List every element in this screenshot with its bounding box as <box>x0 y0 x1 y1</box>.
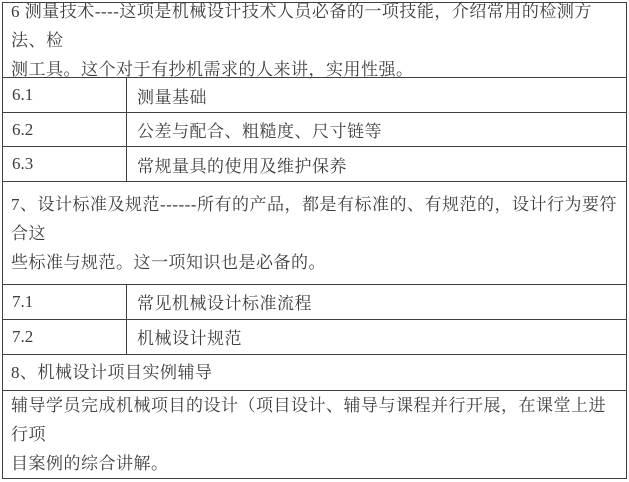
item-7-1-title-cell: 常见机械设计标准流程 <box>127 285 626 319</box>
section8-title-text: 8、机械设计项目实例辅导 <box>11 358 213 387</box>
section6-intro-line1: 6 测量技术----这项是机械设计技术人员必备的一项技能，介绍常用的检测方法、检 <box>11 2 592 50</box>
item-7-2-title-cell: 机械设计规范 <box>127 320 626 353</box>
course-outline-table: 6 测量技术----这项是机械设计技术人员必备的一项技能，介绍常用的检测方法、检… <box>2 2 627 479</box>
row-item-6-2: 6.2 公差与配合、粗糙度、尺寸链等 <box>3 112 626 145</box>
item-7-2-number-cell: 7.2 <box>3 320 127 353</box>
row-section8-description: 辅导学员完成机械项目的设计（项目设计、辅导与课程并行开展，在课堂上进行项 目案例… <box>3 390 626 478</box>
section8-title: 8、机械设计项目实例辅导 <box>11 363 213 382</box>
item-6-1-number-cell: 6.1 <box>3 78 127 112</box>
section8-description-line2: 目案例的综合讲解。 <box>11 454 169 473</box>
row-item-7-1: 7.1 常见机械设计标准流程 <box>3 284 626 319</box>
item-7-1-number-cell: 7.1 <box>3 285 127 319</box>
item-6-3-number: 6.3 <box>12 154 33 174</box>
item-7-1-title: 常见机械设计标准流程 <box>137 289 312 314</box>
section7-intro-text: 7、设计标准及规范------所有的产品，都是有标准的、有规范的，设计行为要符合… <box>11 190 619 277</box>
section7-intro-line1: 7、设计标准及规范------所有的产品，都是有标准的、有规范的，设计行为要符合… <box>11 195 617 243</box>
item-7-2-number: 7.2 <box>12 327 33 347</box>
item-6-2-number: 6.2 <box>12 120 33 140</box>
section7-intro-line2: 些标准与规范。这一项知识也是必备的。 <box>11 253 326 272</box>
row-section7-intro: 7、设计标准及规范------所有的产品，都是有标准的、有规范的，设计行为要符合… <box>3 181 626 283</box>
item-6-3-number-cell: 6.3 <box>3 147 127 181</box>
row-section6-intro: 6 测量技术----这项是机械设计技术人员必备的一项技能，介绍常用的检测方法、检… <box>3 3 626 77</box>
item-6-1-title-cell: 测量基础 <box>127 78 626 112</box>
item-6-2-title-cell: 公差与配合、粗糙度、尺寸链等 <box>127 113 626 145</box>
section6-intro-text: 6 测量技术----这项是机械设计技术人员必备的一项技能，介绍常用的检测方法、检… <box>11 0 619 84</box>
row-item-6-3: 6.3 常规量具的使用及维护保养 <box>3 146 626 181</box>
row-section8-title: 8、机械设计项目实例辅导 <box>3 354 626 390</box>
item-6-1-title: 测量基础 <box>137 83 207 108</box>
section6-intro-line2: 测工具。这个对于有抄机需求的人来讲，实用性强。 <box>11 60 414 79</box>
row-item-6-1: 6.1 测量基础 <box>3 77 626 112</box>
item-6-2-number-cell: 6.2 <box>3 113 127 145</box>
section8-description-line1: 辅导学员完成机械项目的设计（项目设计、辅导与课程并行开展，在课堂上进行项 <box>11 396 606 444</box>
item-7-1-number: 7.1 <box>12 292 33 312</box>
item-6-3-title: 常规量具的使用及维护保养 <box>137 152 347 177</box>
item-6-1-number: 6.1 <box>12 85 33 105</box>
document-page: 6 测量技术----这项是机械设计技术人员必备的一项技能，介绍常用的检测方法、检… <box>0 0 629 482</box>
item-6-2-title: 公差与配合、粗糙度、尺寸链等 <box>137 117 382 142</box>
row-item-7-2: 7.2 机械设计规范 <box>3 319 626 353</box>
item-7-2-title: 机械设计规范 <box>137 324 242 349</box>
item-6-3-title-cell: 常规量具的使用及维护保养 <box>127 147 626 181</box>
section8-description-text: 辅导学员完成机械项目的设计（项目设计、辅导与课程并行开展，在课堂上进行项 目案例… <box>11 391 619 478</box>
